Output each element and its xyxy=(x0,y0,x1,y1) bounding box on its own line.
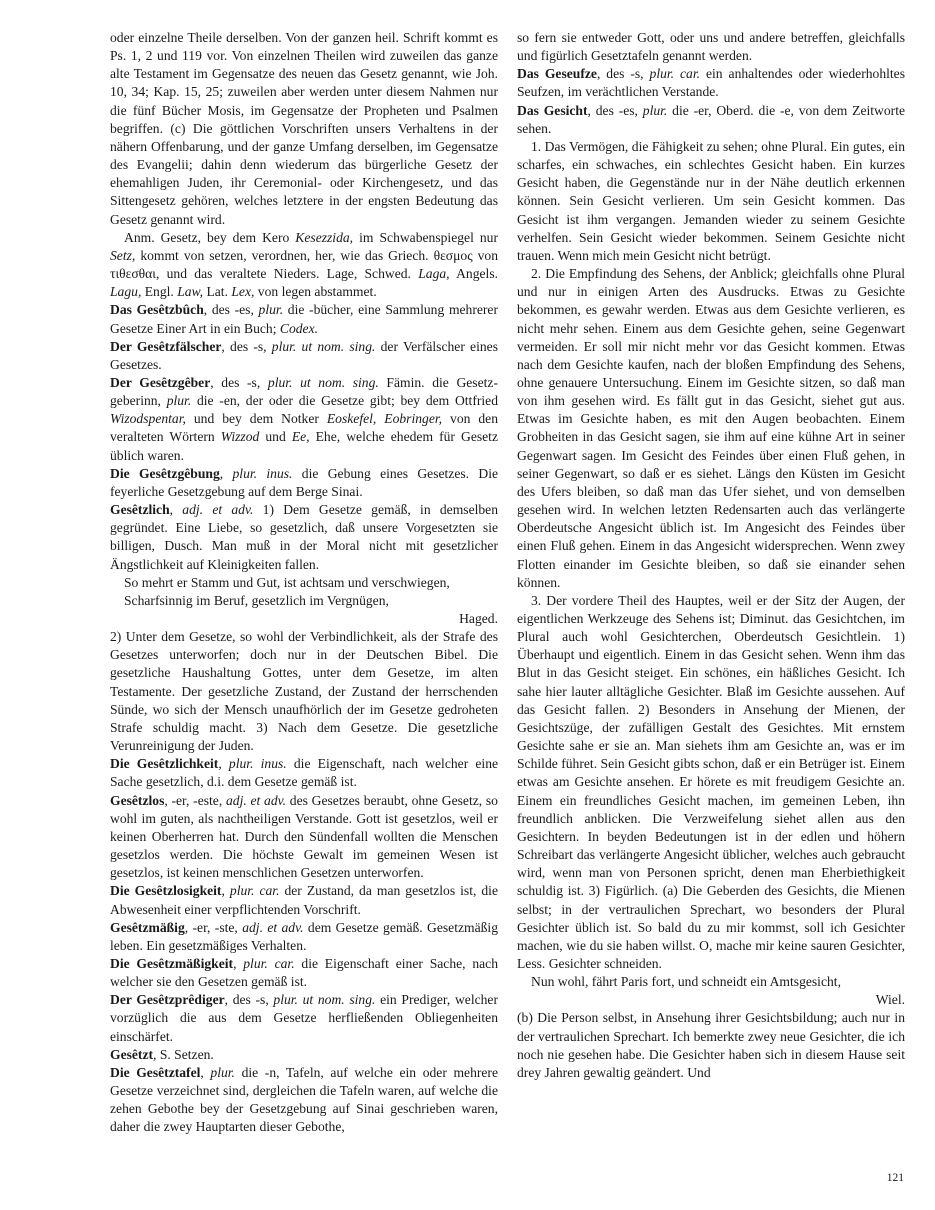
text-run: , des -s, xyxy=(597,66,650,81)
headword: Der Gesêtzgêber xyxy=(110,375,210,390)
text-run: 2) Unter dem Gesetze, so wohl der Verbin… xyxy=(110,629,498,753)
italic-term: plur. car. xyxy=(230,883,280,898)
text-run: Engl. xyxy=(141,284,177,299)
italic-term: Codex. xyxy=(280,321,318,336)
italic-term: plur. car. xyxy=(650,66,701,81)
paragraph: Anm. Gesetz, bey dem Kero Kesezzida, im … xyxy=(110,229,498,302)
headword: Die Gesêtzgêbung xyxy=(110,466,220,481)
dictionary-entry: Der Gesêtzgêber, des -s, plur. ut nom. s… xyxy=(110,374,498,465)
right-column: so fern sie entweder Gott, oder uns und … xyxy=(517,29,905,1082)
headword: Das Geseufze xyxy=(517,66,597,81)
dictionary-entry: Die Gesêtzmäßigkeit, plur. car. die Eige… xyxy=(110,955,498,991)
headword: Gesêtzlich xyxy=(110,502,170,517)
text-run: , -er, -ste, xyxy=(185,920,242,935)
italic-term: plur. xyxy=(259,302,284,317)
page-number: 121 xyxy=(880,1172,904,1184)
headword: Das Gesicht xyxy=(517,103,588,118)
paragraph: (b) Die Person selbst, in Ansehung ihrer… xyxy=(517,1009,905,1082)
text-run: die -en, der oder die Gesetze gibt; bey … xyxy=(191,393,498,408)
dictionary-entry: Die Gesêtzlichkeit, plur. inus. die Eige… xyxy=(110,755,498,791)
text-run: , des -s, xyxy=(221,339,271,354)
italic-term: Setz, xyxy=(110,248,135,263)
text-run: , xyxy=(221,883,229,898)
verse-line: Nun wohl, fährt Paris fort, und schneidt… xyxy=(517,973,905,991)
text-run: , xyxy=(170,502,183,517)
dictionary-entry: Die Gesêtzgêbung, plur. inus. die Gebung… xyxy=(110,465,498,501)
italic-term: adj. et adv. xyxy=(182,502,253,517)
dictionary-entry: Die Gesêtzlosigkeit, plur. car. der Zust… xyxy=(110,882,498,918)
headword: Die Gesêtzlosigkeit xyxy=(110,883,221,898)
italic-term: plur. ut nom. sing. xyxy=(273,992,375,1007)
italic-term: Law, xyxy=(177,284,203,299)
dictionary-entry: Das Gesêtzbûch, des -es, plur. die -büch… xyxy=(110,301,498,337)
text-run: , des -s, xyxy=(210,375,268,390)
italic-term: adj. et adv. xyxy=(226,793,286,808)
text-run: oder einzelne Theile derselben. Von der … xyxy=(110,30,498,227)
text-run: Lat. xyxy=(203,284,231,299)
paragraph: so fern sie entweder Gott, oder uns und … xyxy=(517,29,905,65)
italic-term: plur. car. xyxy=(243,956,294,971)
italic-term: Kesezzida, xyxy=(295,230,353,245)
italic-term: Wizodspentar, xyxy=(110,411,186,426)
italic-term: Lagu, xyxy=(110,284,141,299)
text-run: , xyxy=(218,756,229,771)
text-run: 3. Der vordere Theil des Hauptes, weil e… xyxy=(517,593,905,971)
headword: Gesêtzlos xyxy=(110,793,164,808)
text-run: , -er, -este, xyxy=(164,793,226,808)
text-run: und xyxy=(259,429,292,444)
text-run: im Schwabenspiegel nur xyxy=(353,230,498,245)
paragraph: 1. Das Vermögen, die Fähigkeit zu sehen;… xyxy=(517,138,905,265)
headword: Die Gesêtztafel xyxy=(110,1065,200,1080)
text-run: Angels. xyxy=(450,266,498,281)
dictionary-entry: Das Gesicht, des -es, plur. die -er, Obe… xyxy=(517,102,905,138)
paragraph: 3. Der vordere Theil des Hauptes, weil e… xyxy=(517,592,905,973)
headword: Die Gesêtzlichkeit xyxy=(110,756,218,771)
text-run: Anm. Gesetz, bey dem Kero xyxy=(124,230,295,245)
italic-term: Eoskefel, Eobrin­ger, xyxy=(327,411,442,426)
headword: Der Gesêtzprêdiger xyxy=(110,992,225,1007)
text-run: , xyxy=(200,1065,210,1080)
dictionary-entry: Das Geseufze, des -s, plur. car. ein anh… xyxy=(517,65,905,101)
verse-attribution: Haged. xyxy=(110,610,498,628)
italic-term: plur. inus. xyxy=(229,756,287,771)
italic-term: Laga, xyxy=(418,266,449,281)
text-run: , des -s, xyxy=(225,992,274,1007)
verse-attribution: Wiel. xyxy=(517,991,905,1009)
left-column: oder einzelne Theile derselben. Von der … xyxy=(110,29,498,1137)
paragraph: oder einzelne Theile derselben. Von der … xyxy=(110,29,498,229)
text-run: 2. Die Empfindung des Sehens, der Anblic… xyxy=(517,266,905,590)
headword: Gesêtzmäßig xyxy=(110,920,185,935)
italic-term: plur. xyxy=(210,1065,235,1080)
text-run: , S. Setzen. xyxy=(153,1047,214,1062)
text-run: (b) Die Person selbst, in Ansehung ihrer… xyxy=(517,1010,905,1079)
italic-term: adj. et adv. xyxy=(242,920,303,935)
text-run: , des -es, xyxy=(204,302,259,317)
dictionary-entry: Die Gesêtztafel, plur. die -n, Tafeln, a… xyxy=(110,1064,498,1137)
italic-term: plur. xyxy=(643,103,668,118)
verse-line: So mehrt er Stamm und Gut, ist achtsam u… xyxy=(110,574,498,592)
headword: Die Gesêtzmäßigkeit xyxy=(110,956,233,971)
italic-term: plur. ut nom. sing. xyxy=(268,375,379,390)
dictionary-entry: Gesêtzt, S. Setzen. xyxy=(110,1046,498,1064)
italic-term: Ee, xyxy=(292,429,310,444)
headword: Das Gesêtzbûch xyxy=(110,302,204,317)
text-run: von legen abstammet. xyxy=(254,284,376,299)
text-run: so fern sie entweder Gott, oder uns und … xyxy=(517,30,905,63)
text-run: , xyxy=(233,956,243,971)
dictionary-entry: Gesêtzlich, adj. et adv. 1) Dem Gesetze … xyxy=(110,501,498,574)
dictionary-entry: Gesêtzmäßig, -er, -ste, adj. et adv. dem… xyxy=(110,919,498,955)
text-run: und bey dem Notker xyxy=(186,411,327,426)
italic-term: Lex, xyxy=(231,284,254,299)
text-run: , des -es, xyxy=(588,103,643,118)
italic-term: plur. ut nom. sing. xyxy=(272,339,376,354)
italic-term: plur. xyxy=(167,393,192,408)
paragraph: 2. Die Empfindung des Sehens, der Anblic… xyxy=(517,265,905,592)
dictionary-entry: Der Gesêtzprêdiger, des -s, plur. ut nom… xyxy=(110,991,498,1045)
text-run: 1. Das Vermögen, die Fähigkeit zu sehen;… xyxy=(517,139,905,263)
verse-line: Scharfsinnig im Beruf, gesetzlich im Ver… xyxy=(110,592,498,610)
headword: Gesêtzt xyxy=(110,1047,153,1062)
dictionary-entry: Der Gesêtzfälscher, des -s, plur. ut nom… xyxy=(110,338,498,374)
dictionary-entry: Gesêtzlos, -er, -este, adj. et adv. des … xyxy=(110,792,498,883)
headword: Der Gesêtzfälscher xyxy=(110,339,221,354)
italic-term: plur. inus. xyxy=(233,466,293,481)
italic-term: Wizzod xyxy=(221,429,260,444)
text-run: , xyxy=(220,466,233,481)
paragraph: 2) Unter dem Gesetze, so wohl der Verbin… xyxy=(110,628,498,755)
